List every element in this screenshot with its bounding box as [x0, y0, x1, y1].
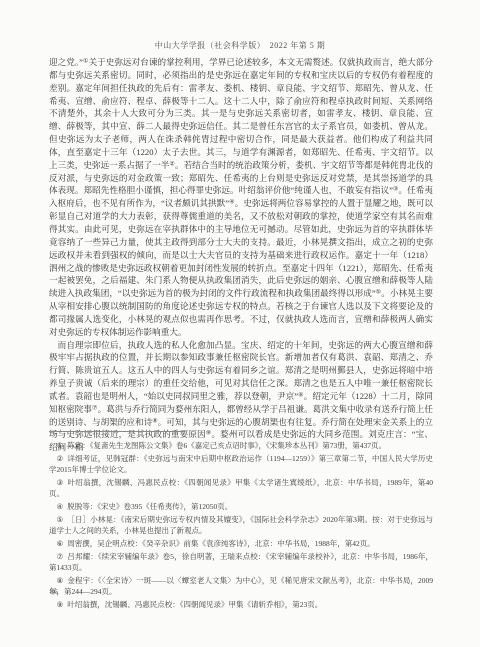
footnote-marker: ⑨ — [57, 600, 64, 609]
footnote-reference: ⑤ — [376, 289, 382, 296]
footnote-item: ②详细考证，见韩冠群：《史弥远与南宋中后期中枢政治运作（1194—1259）》第… — [49, 453, 433, 476]
footnotes-section: ①陈宓：《复斋先生龙图陈公文集》卷6《嘉定己亥点诏时事》，《宋集珍本丛刊》第73… — [49, 431, 433, 612]
footnote-reference: ② — [169, 160, 175, 167]
footnote-marker: ④ — [57, 502, 64, 511]
footnote-marker: ⑤ — [57, 515, 64, 524]
footnote-reference: ⑧ — [152, 417, 158, 424]
footnote-reference: ① — [83, 58, 89, 65]
footnote-item: ①陈宓：《复斋先生龙图陈公文集》卷6《嘉定己亥点诏时事》，《宋集珍本丛刊》第73… — [49, 440, 433, 451]
footnote-reference: ④ — [229, 199, 235, 206]
footnote-text: 陈宓：《复斋先生龙图陈公文集》卷6《嘉定己亥点诏时事》，《宋集珍本丛刊》第73册… — [67, 441, 386, 450]
footnote-marker: ⑥ — [57, 539, 64, 548]
body-paragraph: 迎之党。”①关于史弥远对台谏的掌控利用，学界已论述较多，本文无需赘述。仅就执政而… — [49, 56, 433, 339]
journal-page: 中山大学学报（社会科学版） 2022 年第 5 期 迎之党。”①关于史弥远对台谏… — [0, 0, 480, 647]
footnote-marker: ③ — [57, 478, 64, 487]
footnote-reference: ⑥ — [298, 392, 304, 399]
footnote-text: 金程宇：《〈全宋诗〉一斑——以〈蟫室老人文集〉为中心》，见《稀见唐宋文献丛考》，… — [49, 576, 433, 596]
footnote-item: ④脱脱等：《宋史》卷395《任希夷传》，第12050页。 — [49, 501, 433, 512]
footnote-text: 叶绍翁撰，沈锡麟、冯惠民点校：《四朝闻见录》甲集《请斩乔相》，第23页。 — [67, 600, 322, 609]
journal-header: 中山大学学报（社会科学版） 2022 年第 5 期 — [0, 40, 480, 51]
footnote-text: 脱脱等：《宋史》卷395《任希夷传》，第12050页。 — [67, 502, 232, 511]
footnote-text: ［日］小林晃：《南宋后期史弥远专权内情及其嬗变》，《国际社会科学杂志》2020年… — [49, 515, 433, 535]
footnote-text: 叶绍翁撰，沈锡麟、冯惠民点校：《四朝闻见录》甲集《太学诸生寘绫纸》，北京：中华书… — [49, 478, 433, 498]
footnote-reference: ③ — [393, 186, 399, 193]
footnote-marker: ② — [57, 454, 64, 463]
footnote-marker: ⑧ — [57, 576, 64, 585]
footnote-item: ⑤［日］小林晃：《南宋后期史弥远专权内情及其嬗变》，《国际社会科学杂志》2020… — [49, 514, 433, 537]
footnote-item: ⑦吕邦耀：《续宋宰辅编年录》卷5，徐自明著，王瑞来点校：《宋宰辅编年录校补》，北… — [49, 551, 433, 574]
footnote-marker: ⑦ — [57, 552, 64, 561]
footnote-item: ⑧金程宇：《〈全宋诗〉一斑——以〈蟫室老人文集〉为中心》，见《稀见唐宋文献丛考》… — [49, 575, 433, 598]
footnote-text: 周密撰，吴企明点校：《癸辛杂识》前集《袁彦纯客诗》，北京：中华书局，1988年，… — [67, 539, 375, 548]
footnote-reference: ⑦ — [92, 404, 98, 411]
footnote-text: 详细考证，见韩冠群：《史弥远与南宋中后期中枢政治运作（1194—1259）》第三… — [49, 454, 433, 474]
footnote-text: 吕邦耀：《续宋宰辅编年录》卷5，徐自明著，王瑞来点校：《宋宰辅编年录校补》，北京… — [49, 552, 433, 572]
footnote-item: ③叶绍翁撰，沈锡麟、冯惠民点校：《四朝闻见录》甲集《太学诸生寘绫纸》，北京：中华… — [49, 477, 433, 500]
footnote-separator — [49, 431, 184, 432]
footnote-marker: ① — [57, 441, 64, 450]
footnote-item: ⑥周密撰，吴企明点校：《癸辛杂识》前集《袁彦纯客诗》，北京：中华书局，1988年… — [49, 538, 433, 549]
footnote-item: ⑨叶绍翁撰，沈锡麟、冯惠民点校：《四朝闻见录》甲集《请斩乔相》，第23页。 — [49, 599, 433, 610]
page-number: 86 — [50, 587, 58, 596]
article-body: 迎之党。”①关于史弥远对台谏的掌控利用，学界已论述较多，本文无需赘述。仅就执政而… — [49, 56, 433, 454]
